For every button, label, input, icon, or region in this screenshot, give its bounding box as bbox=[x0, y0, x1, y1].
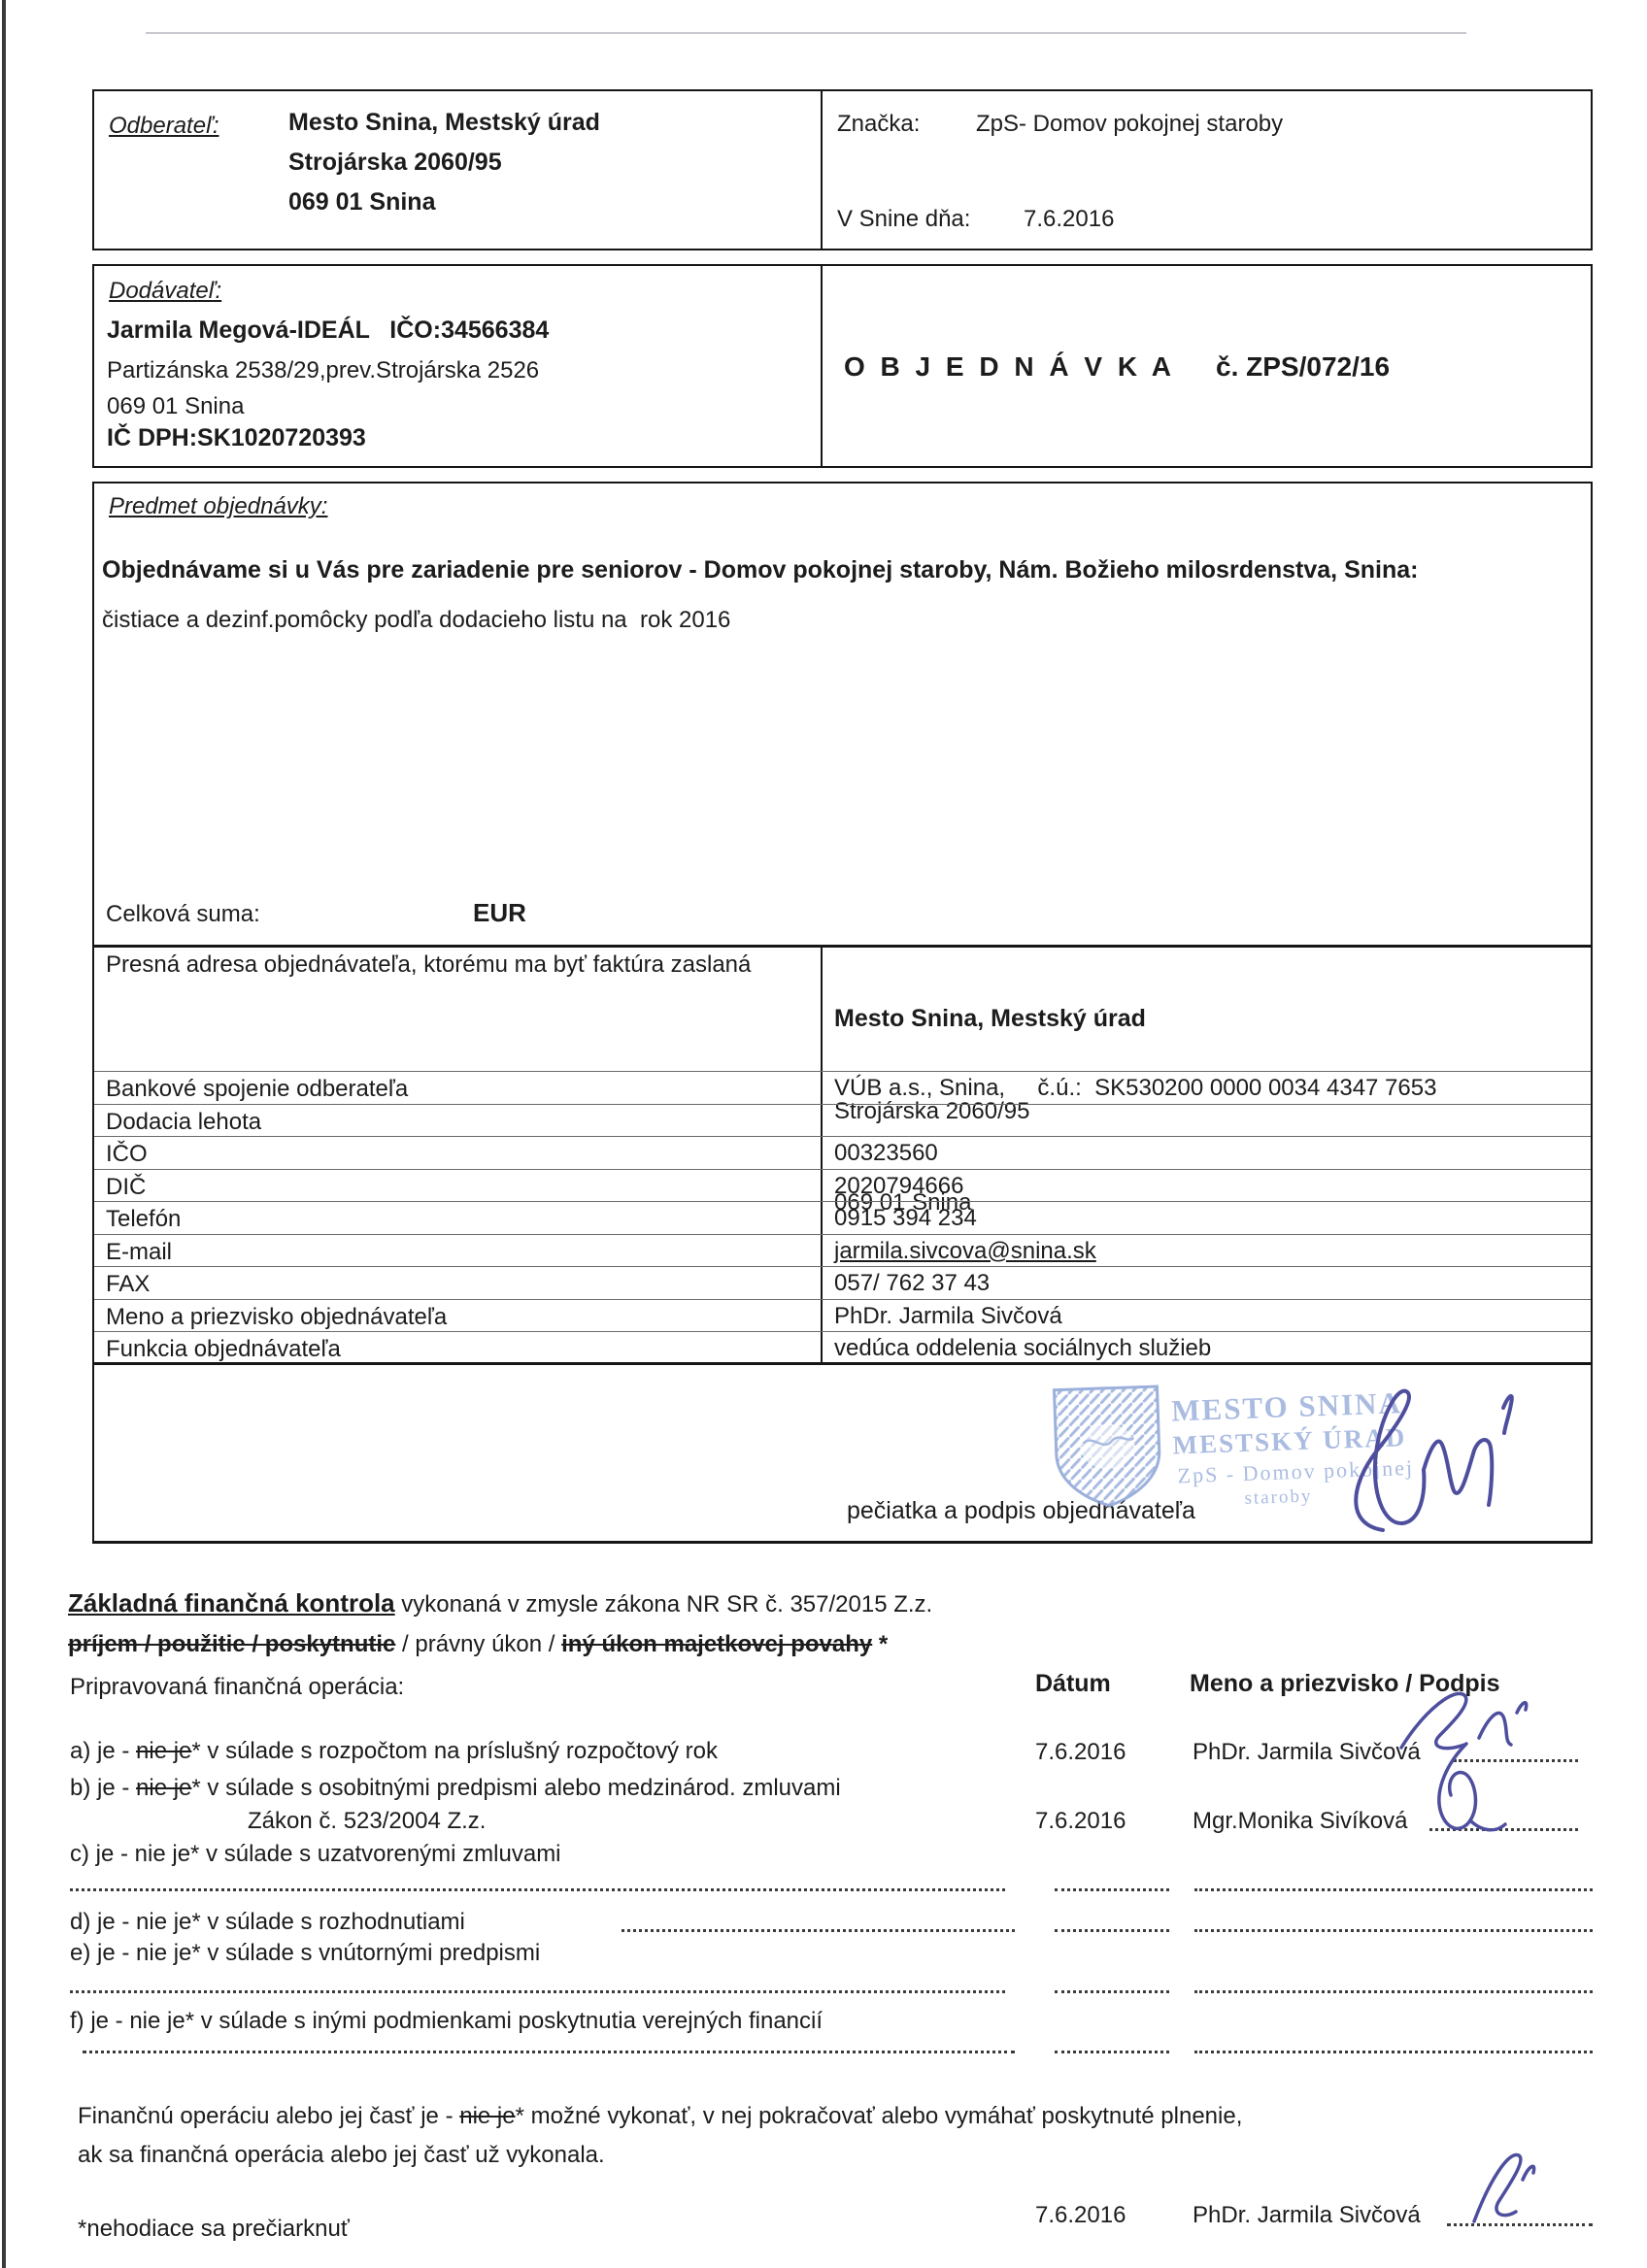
dotted-line bbox=[1194, 1929, 1593, 1932]
row-label: DIČ bbox=[94, 1170, 821, 1202]
buyer-street: Strojárska 2060/95 bbox=[288, 149, 502, 177]
subject-line2: čistiace a dezinf.pomôcky podľa dodacieh… bbox=[102, 607, 730, 634]
row-value: 057/ 762 37 43 bbox=[821, 1267, 1591, 1299]
type-asterisk: * bbox=[872, 1631, 888, 1657]
kontrola-type-line: príjem / použitie / poskytnutie / právny… bbox=[68, 1631, 888, 1658]
row-label: IČO bbox=[94, 1137, 821, 1169]
dotted-line bbox=[1055, 2051, 1169, 2053]
item-a-rest: * v súlade s rozpočtom na príslušný rozp… bbox=[191, 1738, 718, 1764]
row-label: FAX bbox=[94, 1267, 821, 1299]
order-number: č. ZPS/072/16 bbox=[1216, 351, 1390, 382]
signature-b bbox=[1406, 1736, 1513, 1848]
table-row: Presná adresa objednávateľa, ktorému ma … bbox=[94, 948, 1591, 1071]
kontrola-item-c: c) je - nie je* v súlade s uzatvorenými … bbox=[70, 1841, 561, 1868]
footnote: *nehodiace sa prečiarknuť bbox=[78, 2216, 350, 2243]
buyer-name: Mesto Snina, Mestský úrad bbox=[288, 109, 600, 137]
dotted-line bbox=[1194, 1990, 1593, 1993]
kontrola-item-e: e) je - nie je* v súlade s vnútornými pr… bbox=[70, 1940, 540, 1967]
predmet-label: Predmet objednávky: bbox=[109, 493, 327, 520]
scan-edge-left bbox=[2, 0, 6, 2268]
item-a-date: 7.6.2016 bbox=[1035, 1739, 1126, 1766]
supplier-name: Jarmila Megová-IDEÁL IČO:34566384 bbox=[107, 317, 549, 345]
row-value: 00323560 bbox=[821, 1137, 1591, 1169]
table-row: FAX 057/ 762 37 43 bbox=[94, 1266, 1591, 1299]
footer-sign-name: PhDr. Jarmila Sivčová bbox=[1193, 2202, 1421, 2229]
operacia-label: Pripravovaná finančná operácia: bbox=[70, 1674, 404, 1701]
odberatel-label: Odberateľ: bbox=[109, 113, 218, 140]
row-label: Meno a priezvisko objednávateľa bbox=[94, 1300, 821, 1332]
dodavatel-label: Dodávateľ: bbox=[109, 278, 221, 305]
dotted-line bbox=[622, 1929, 1015, 1932]
stamp-line4: staroby bbox=[1244, 1486, 1313, 1510]
item-a-prefix: a) je - bbox=[70, 1738, 136, 1764]
supplier-table: Dodávateľ: Jarmila Megová-IDEÁL IČO:3456… bbox=[92, 264, 1593, 468]
item-b-sub: Zákon č. 523/2004 Z.z. bbox=[248, 1808, 486, 1835]
order-title: O B J E D N Á V K Ač. ZPS/072/16 bbox=[844, 351, 1390, 383]
subject-box: Predmet objednávky: Objednávame si u Vás… bbox=[92, 482, 1593, 945]
dotted-line bbox=[1055, 1990, 1169, 1993]
datum-header: Dátum bbox=[1035, 1670, 1111, 1698]
supplier-city: 069 01 Snina bbox=[107, 393, 244, 420]
signature-main bbox=[1323, 1377, 1527, 1540]
kontrola-item-d: d) je - nie je* v súlade s rozhodnutiami bbox=[70, 1909, 465, 1936]
row-label: Funkcia objednávateľa bbox=[94, 1332, 821, 1364]
row-value: vedúca oddelenia sociálnych služieb bbox=[821, 1332, 1591, 1364]
details-table: Presná adresa objednávateľa, ktorému ma … bbox=[92, 945, 1593, 1365]
kontrola-title: Základná finančná kontrola bbox=[68, 1588, 395, 1618]
table-row: Bankové spojenie odberateľa VÚB a.s., Sn… bbox=[94, 1071, 1591, 1104]
header-table-divider bbox=[821, 91, 823, 249]
row-label: Telefón bbox=[94, 1202, 821, 1234]
row-label: Bankové spojenie odberateľa bbox=[94, 1072, 821, 1104]
dotted-line bbox=[1055, 1929, 1169, 1932]
kontrola-item-a: a) je - nie je* v súlade s rozpočtom na … bbox=[70, 1738, 718, 1765]
dotted-line bbox=[1194, 1888, 1593, 1891]
scanned-order-document: Odberateľ: Mesto Snina, Mestský úrad Str… bbox=[0, 0, 1647, 2268]
row-label: Dodacia lehota bbox=[94, 1105, 821, 1137]
invoice-address-line: Mesto Snina, Mestský úrad bbox=[834, 1005, 1591, 1033]
kontrola-title-line: Základná finančná kontrola vykonaná v zm… bbox=[68, 1588, 932, 1618]
row-value: 2020794666 bbox=[821, 1170, 1591, 1202]
date-value: 7.6.2016 bbox=[1024, 206, 1114, 233]
dotted-line bbox=[70, 1990, 1005, 1993]
footer-sign-date: 7.6.2016 bbox=[1035, 2202, 1126, 2229]
supplier-street: Partizánska 2538/29,prev.Strojárska 2526 bbox=[107, 357, 539, 384]
total-label: Celková suma: bbox=[106, 901, 260, 928]
header-table: Odberateľ: Mesto Snina, Mestský úrad Str… bbox=[92, 89, 1593, 250]
stamp-shield-icon bbox=[1046, 1381, 1169, 1513]
buyer-city: 069 01 Snina bbox=[288, 188, 435, 217]
final-clause-struck: nie je bbox=[459, 2103, 515, 2129]
type-struck-2: iný úkon majetkovej povahy bbox=[561, 1631, 872, 1657]
total-currency: EUR bbox=[473, 899, 526, 928]
kontrola-item-b: b) je - nie je* v súlade s osobitnými pr… bbox=[70, 1775, 841, 1802]
table-row: Dodacia lehota bbox=[94, 1104, 1591, 1137]
item-b-date: 7.6.2016 bbox=[1035, 1808, 1126, 1835]
dotted-line bbox=[83, 2051, 1015, 2053]
row-value: VÚB a.s., Snina, č.ú.: SK530200 0000 003… bbox=[821, 1072, 1591, 1104]
dotted-line bbox=[1194, 2051, 1593, 2053]
item-b-prefix: b) je - bbox=[70, 1775, 136, 1801]
item-b-struck: nie je bbox=[136, 1775, 191, 1801]
type-mid: / právny úkon / bbox=[395, 1631, 561, 1657]
dotted-line bbox=[70, 1888, 1005, 1891]
final-clause-line2: ak sa finančná operácia alebo jej časť u… bbox=[78, 2142, 605, 2169]
row-value: 0915 394 234 bbox=[821, 1202, 1591, 1234]
kontrola-item-f: f) je - nie je* v súlade s inými podmien… bbox=[70, 2008, 823, 2035]
table-row: E-mail jarmila.sivcova@snina.sk bbox=[94, 1234, 1591, 1267]
supplier-vat: IČ DPH:SK1020720393 bbox=[107, 424, 366, 452]
final-clause-pre: Finančnú operáciu alebo jej časť je - bbox=[78, 2103, 459, 2129]
item-a-struck: nie je bbox=[136, 1738, 191, 1764]
znacka-label: Značka: bbox=[837, 111, 920, 138]
row-label: E-mail bbox=[94, 1235, 821, 1267]
order-title-text: O B J E D N Á V K A bbox=[844, 351, 1175, 382]
email-value: jarmila.sivcova@snina.sk bbox=[821, 1235, 1591, 1267]
final-clause-post: * možné vykonať, v nej pokračovať alebo … bbox=[516, 2103, 1243, 2129]
stamp-box: pečiatka a podpis objednávateľa MESTO SN… bbox=[92, 1365, 1593, 1544]
row-value: PhDr. Jarmila Sivčová bbox=[821, 1300, 1591, 1332]
subject-line1: Objednávame si u Vás pre zariadenie pre … bbox=[102, 556, 1418, 584]
kontrola-title-rest: vykonaná v zmysle zákona NR SR č. 357/20… bbox=[395, 1591, 933, 1618]
item-b-name: Mgr.Monika Sivíková bbox=[1193, 1808, 1407, 1835]
scan-edge-top bbox=[146, 32, 1466, 34]
type-struck-1: príjem / použitie / poskytnutie bbox=[68, 1631, 395, 1657]
item-b-rest: * v súlade s osobitnými predpismi alebo … bbox=[191, 1775, 840, 1801]
row-value bbox=[821, 1105, 1591, 1137]
supplier-table-divider bbox=[821, 266, 823, 466]
table-row: Funkcia objednávateľa vedúca oddelenia s… bbox=[94, 1331, 1591, 1364]
final-clause-line1: Finančnú operáciu alebo jej časť je - ni… bbox=[78, 2103, 1242, 2130]
dotted-line bbox=[1055, 1888, 1169, 1891]
znacka-value: ZpS- Domov pokojnej staroby bbox=[976, 111, 1283, 138]
table-row: Meno a priezvisko objednávateľa PhDr. Ja… bbox=[94, 1299, 1591, 1332]
table-row: DIČ 2020794666 bbox=[94, 1169, 1591, 1202]
date-label: V Snine dňa: bbox=[837, 206, 970, 233]
table-row: Telefón 0915 394 234 bbox=[94, 1201, 1591, 1234]
signature-footer bbox=[1455, 2136, 1547, 2233]
table-row: IČO 00323560 bbox=[94, 1136, 1591, 1169]
